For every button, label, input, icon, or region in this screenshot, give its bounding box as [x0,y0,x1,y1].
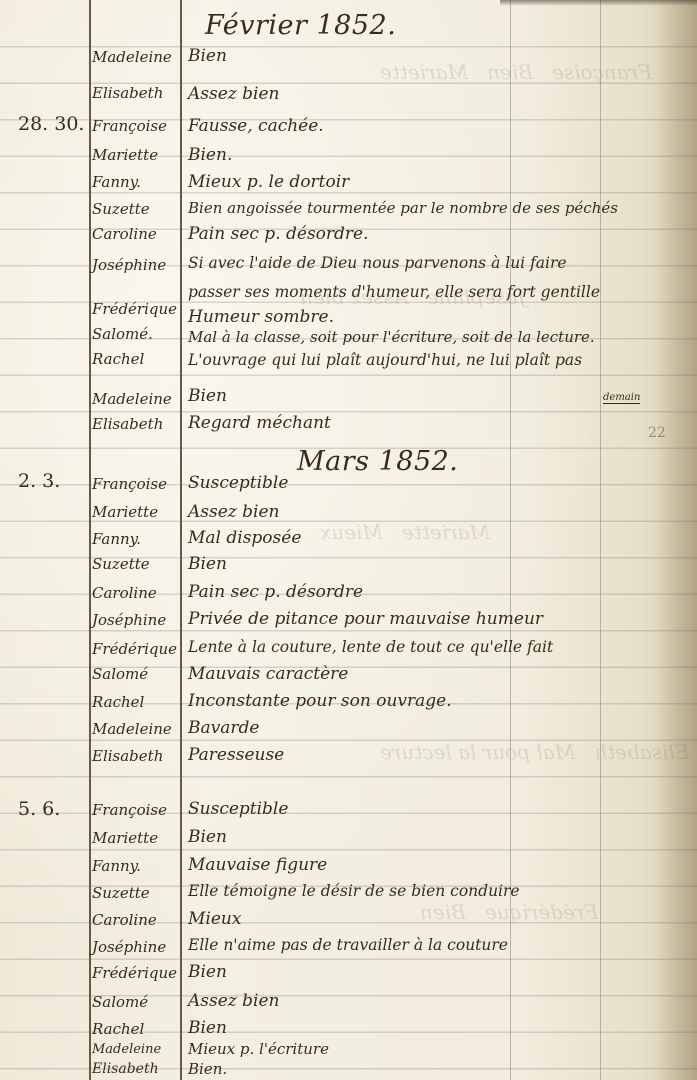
entry-name: Madeleine [92,48,180,66]
entry-name: Frédérique [92,964,180,982]
entry-name: Salomé [92,665,180,683]
page-top-shadow [500,0,697,6]
entry-name: Caroline [92,225,180,243]
entry-note: Mauvaise figure [188,855,327,875]
entry-note: Pain sec p. désordre. [188,224,369,244]
entry-name: Elisabeth [92,747,180,765]
entry-name: Madeleine [92,1042,180,1057]
entry-name: Madeleine [92,390,180,408]
entry-note: Pain sec p. désordre [188,582,363,602]
entry-name: Françoise [92,801,180,819]
entry-note: Bien [188,554,227,574]
entry-note: Bien. [188,145,232,165]
entry-name: Frédérique [92,640,180,658]
entry-note: Paresseuse [188,745,284,765]
entry-note: Mieux p. l'écriture [188,1040,329,1058]
entry-name: Elisabeth [92,84,180,102]
entry-name: Salomé. [92,325,180,343]
entry-date: 5. 6. [18,798,60,820]
entry-note-addendum: demain [603,392,640,404]
entry-note: Privée de pitance pour mauvaise humeur [188,609,543,629]
entry-name: Suzette [92,555,180,573]
entry-note: Humeur sombre. [188,307,334,327]
entry-name: Joséphine [92,611,180,629]
entry-note: Mal disposée [188,528,301,548]
entry-name: Madeleine [92,720,180,738]
bleed-through-text: Elisabeth Mal pour la lecture [380,740,689,764]
entry-name: Mariette [92,146,180,164]
entry-note: Si avec l'aide de Dieu nous parvenons à … [188,254,567,272]
entry-name: Suzette [92,200,180,218]
entry-note: Elle témoigne le désir de se bien condui… [188,882,520,900]
entry-note: Susceptible [188,473,288,493]
entry-note: Bien angoissée tourmentée par le nombre … [188,199,618,217]
entry-note: L'ouvrage qui lui plaît aujourd'hui, ne … [188,351,582,369]
entry-note: Mal à la classe, soit pour l'écriture, s… [188,328,595,346]
entry-note: Bien [188,962,227,982]
entry-name: Joséphine [92,938,180,956]
entry-note: Bien [188,1018,227,1038]
entry-name: Caroline [92,584,180,602]
entry-note: Bien [188,827,227,847]
entry-note: Regard méchant [188,413,331,433]
entry-date: 2. 3. [18,470,60,492]
entry-note: Assez bien [188,502,279,522]
entry-name: Mariette [92,829,180,847]
entry-name: Fanny. [92,530,180,548]
entry-name: Mariette [92,503,180,521]
entry-note: Bien [188,46,227,66]
column-divider-pencil [510,0,511,1080]
bleed-through-text: Françoise Bien Mariette [380,60,652,84]
entry-name: Elisabeth [92,415,180,433]
entry-date: 28. 30. [18,113,84,135]
ledger-page: Françoise Bien Mariette Joséphine Assez … [0,0,697,1080]
column-divider-pencil [600,0,601,1080]
entry-note: Assez bien [188,84,279,104]
entry-note: Elle n'aime pas de travailler à la coutu… [188,936,508,954]
entry-note: Bien. [188,1060,227,1078]
entry-note: Susceptible [188,799,288,819]
entry-name: Caroline [92,911,180,929]
entry-note-continued: passer ses moments d'humeur, elle sera f… [188,283,600,301]
entry-note: Mieux p. le dortoir [188,172,349,192]
entry-name: Joséphine [92,256,180,274]
section-heading-fevrier: Février 1852. [205,10,396,41]
column-divider-date [89,0,91,1080]
entry-note: Mauvais caractère [188,664,348,684]
entry-note: Mieux [188,909,241,929]
entry-note: Fausse, cachée. [188,116,324,136]
entry-note: Bavarde [188,718,259,738]
entry-name: Suzette [92,884,180,902]
entry-name: Françoise [92,117,180,135]
entry-note: Assez bien [188,991,279,1011]
page-edge-shadow [657,0,697,1080]
entry-name: Fanny. [92,857,180,875]
entry-note: Inconstante pour son ouvrage. [188,691,452,711]
entry-name: Fanny. [92,173,180,191]
entry-name: Rachel [92,350,180,368]
section-heading-mars: Mars 1852. [297,446,458,477]
entry-name: Rachel [92,1020,180,1038]
entry-name: Rachel [92,693,180,711]
entry-note: Lente à la couture, lente de tout ce qu'… [188,638,553,656]
bleed-through-text: Mariette Mieux [320,520,490,544]
entry-name: Elisabeth [92,1061,180,1077]
entry-name: Salomé [92,993,180,1011]
column-divider-name [180,0,182,1080]
entry-name: Françoise [92,475,180,493]
entry-note: Bien [188,386,227,406]
entry-name: Frédérique [92,300,180,318]
